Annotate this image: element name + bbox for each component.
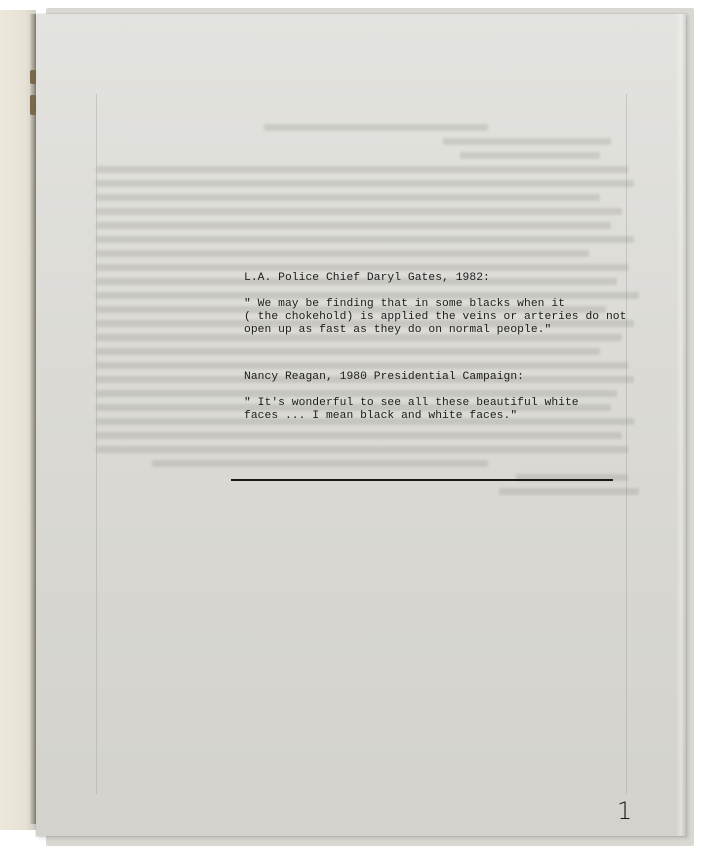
- quote-reagan: Nancy Reagan, 1980 Presidential Campaign…: [244, 371, 624, 423]
- quote-gates: L.A. Police Chief Daryl Gates, 1982: " W…: [244, 272, 624, 337]
- handwritten-page-number: 1: [617, 797, 632, 825]
- page-right-edge: [676, 14, 686, 836]
- horizontal-rule: [231, 479, 613, 481]
- quotes-section: L.A. Police Chief Daryl Gates, 1982: " W…: [244, 272, 624, 457]
- quote-line: " It's wonderful to see all these beauti…: [244, 397, 624, 410]
- quote-line: open up as fast as they do on normal peo…: [244, 324, 624, 337]
- quote-line: " We may be finding that in some blacks …: [244, 298, 624, 311]
- quote-attribution: L.A. Police Chief Daryl Gates, 1982:: [244, 272, 624, 285]
- quote-attribution: Nancy Reagan, 1980 Presidential Campaign…: [244, 371, 624, 384]
- quote-line: faces ... I mean black and white faces.": [244, 410, 624, 423]
- quote-line: ( the chokehold) is applied the veins or…: [244, 311, 624, 324]
